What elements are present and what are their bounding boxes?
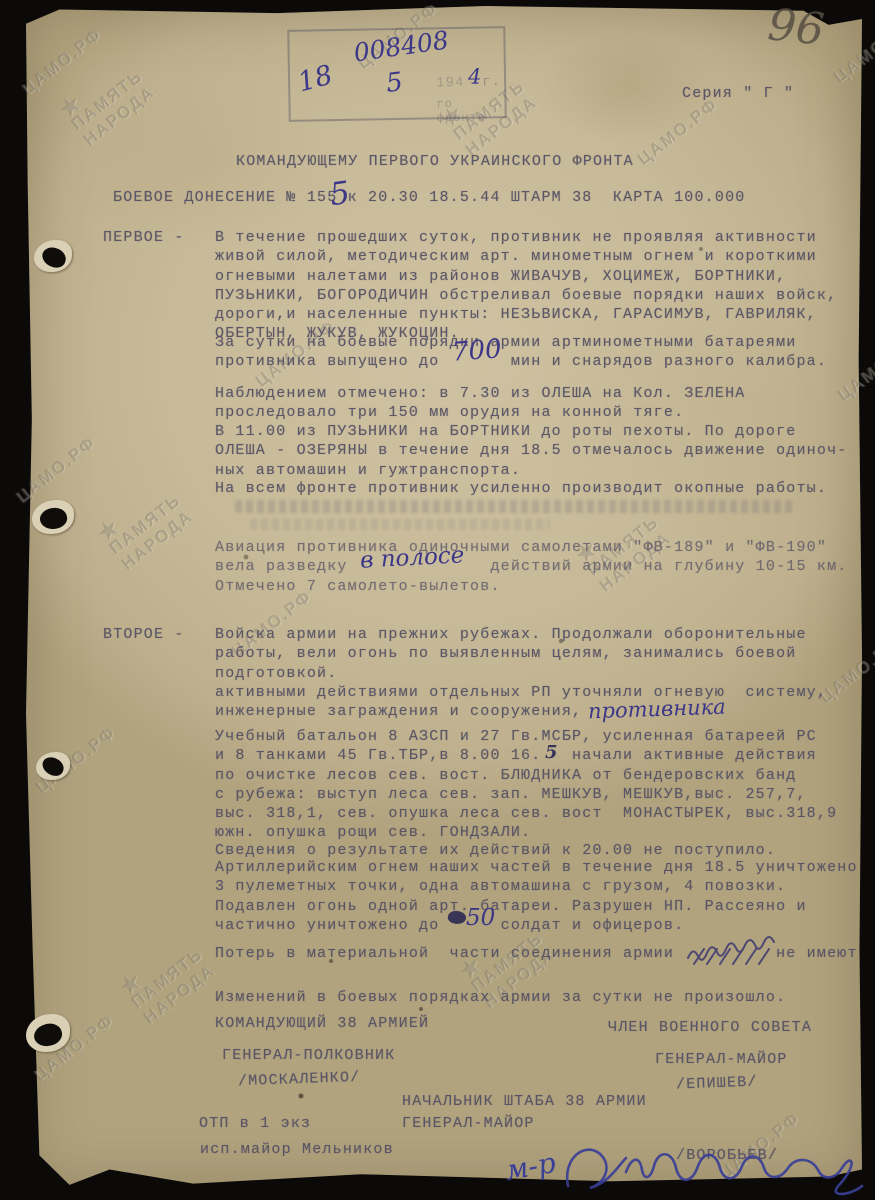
second-paragraph-1: Войска армии на прежних рубежах. Продолж… (215, 625, 807, 683)
page-number-annotation: 96 (765, 0, 826, 56)
second-paragraph-3: Учебный батальон 8 АЗСП и 27 Гв.МСБР, ус… (215, 727, 837, 843)
stamp-number-hand: 008408 (352, 25, 451, 67)
second-section-label: ВТОРОЕ - (103, 625, 185, 644)
executor-note: исп.майор Мельников (200, 1140, 394, 1159)
scanned-military-document: { "watermark": { "camo": "ЦАМО.РФ", "pam… (0, 0, 875, 1200)
paper-sheet (26, 6, 862, 1186)
second-paragraph-5: Артиллерийским огнем наших частей в тече… (215, 858, 858, 935)
commander-rank: ГЕНЕРАЛ-ПОЛКОВНИК (222, 1046, 395, 1065)
first-paragraph-1: В течение прошедших суток, противник не … (215, 228, 837, 344)
stamp-footer: го фронта (436, 96, 504, 125)
second-paragraph-2: активными действиями отдельных РП уточня… (215, 683, 827, 722)
addressee-line: КОМАНДУЮЩЕМУ ПЕРВОГО УКРАИНСКОГО ФРОНТА (236, 152, 634, 171)
member-rank: ГЕНЕРАЛ-МАЙОР (655, 1050, 788, 1069)
hand-append-protivnika: противника (588, 695, 726, 724)
stamp-month-hand: 5 (384, 67, 404, 99)
chief-of-staff-title: НАЧАЛЬНИК ШТАБА 38 АРМИИ (402, 1092, 647, 1111)
report-title-line: БОЕВОЕ ДОНЕСЕНИЕ № 155 к 20.30 18.5.44 Ш… (113, 188, 746, 207)
hand-correction-16-5: 5 (545, 742, 558, 763)
copies-note: ОТП в 1 экз (199, 1114, 311, 1133)
first-paragraph-5: На всем фронте противник усиленно произв… (215, 479, 827, 498)
hand-insert-v-polose: в полосе (359, 542, 465, 573)
faded-erased-line (235, 500, 795, 513)
member-name: /ЕПИШЕВ/ (676, 1073, 758, 1095)
second-paragraph-7: Изменений в боевых порядках армии за сут… (215, 988, 786, 1007)
stamp-year-printed: 194 (436, 75, 464, 91)
faded-erased-line (250, 519, 550, 530)
stamp-day-hand: 18 (295, 60, 336, 99)
hand-correction-700: 700 (451, 334, 503, 367)
second-paragraph-6: Потерь в материальной части соединения а… (215, 944, 858, 963)
dirt-specks (0, 0, 2, 2)
hand-correction-50: 50 (466, 905, 495, 931)
chief-of-staff-name: /ВОРОБЬЕВ/ (676, 1146, 778, 1165)
first-paragraph-3: Наблюдением отмечено: в 7.30 из ОЛЕША на… (215, 384, 745, 423)
chief-of-staff-rank: ГЕНЕРАЛ-МАЙОР (402, 1114, 535, 1133)
stamp-year-suffix: г. (482, 74, 501, 90)
member-title: ЧЛЕН ВОЕННОГО СОВЕТА (608, 1018, 812, 1037)
series-label: Серия " Г " (682, 84, 794, 103)
first-section-label: ПЕРВОЕ - (103, 228, 185, 247)
first-paragraph-4: В 11.00 из ПУЗЬНИКИ на БОРТНИКИ до роты … (215, 422, 848, 480)
hand-signature-prefix: м-р (503, 1146, 559, 1187)
first-paragraph-6: Авиация противника одиночными самолетами… (215, 538, 848, 596)
registration-stamp: 008408 18 5 194 4 г. го фронта (287, 26, 507, 122)
first-paragraph-2: За сутки на боевые порядки армии артмино… (215, 333, 827, 372)
commander-title: КОМАНДУЮЩИЙ 38 АРМИЕЙ (215, 1014, 429, 1033)
stamp-year-hand: 4 (468, 65, 482, 89)
